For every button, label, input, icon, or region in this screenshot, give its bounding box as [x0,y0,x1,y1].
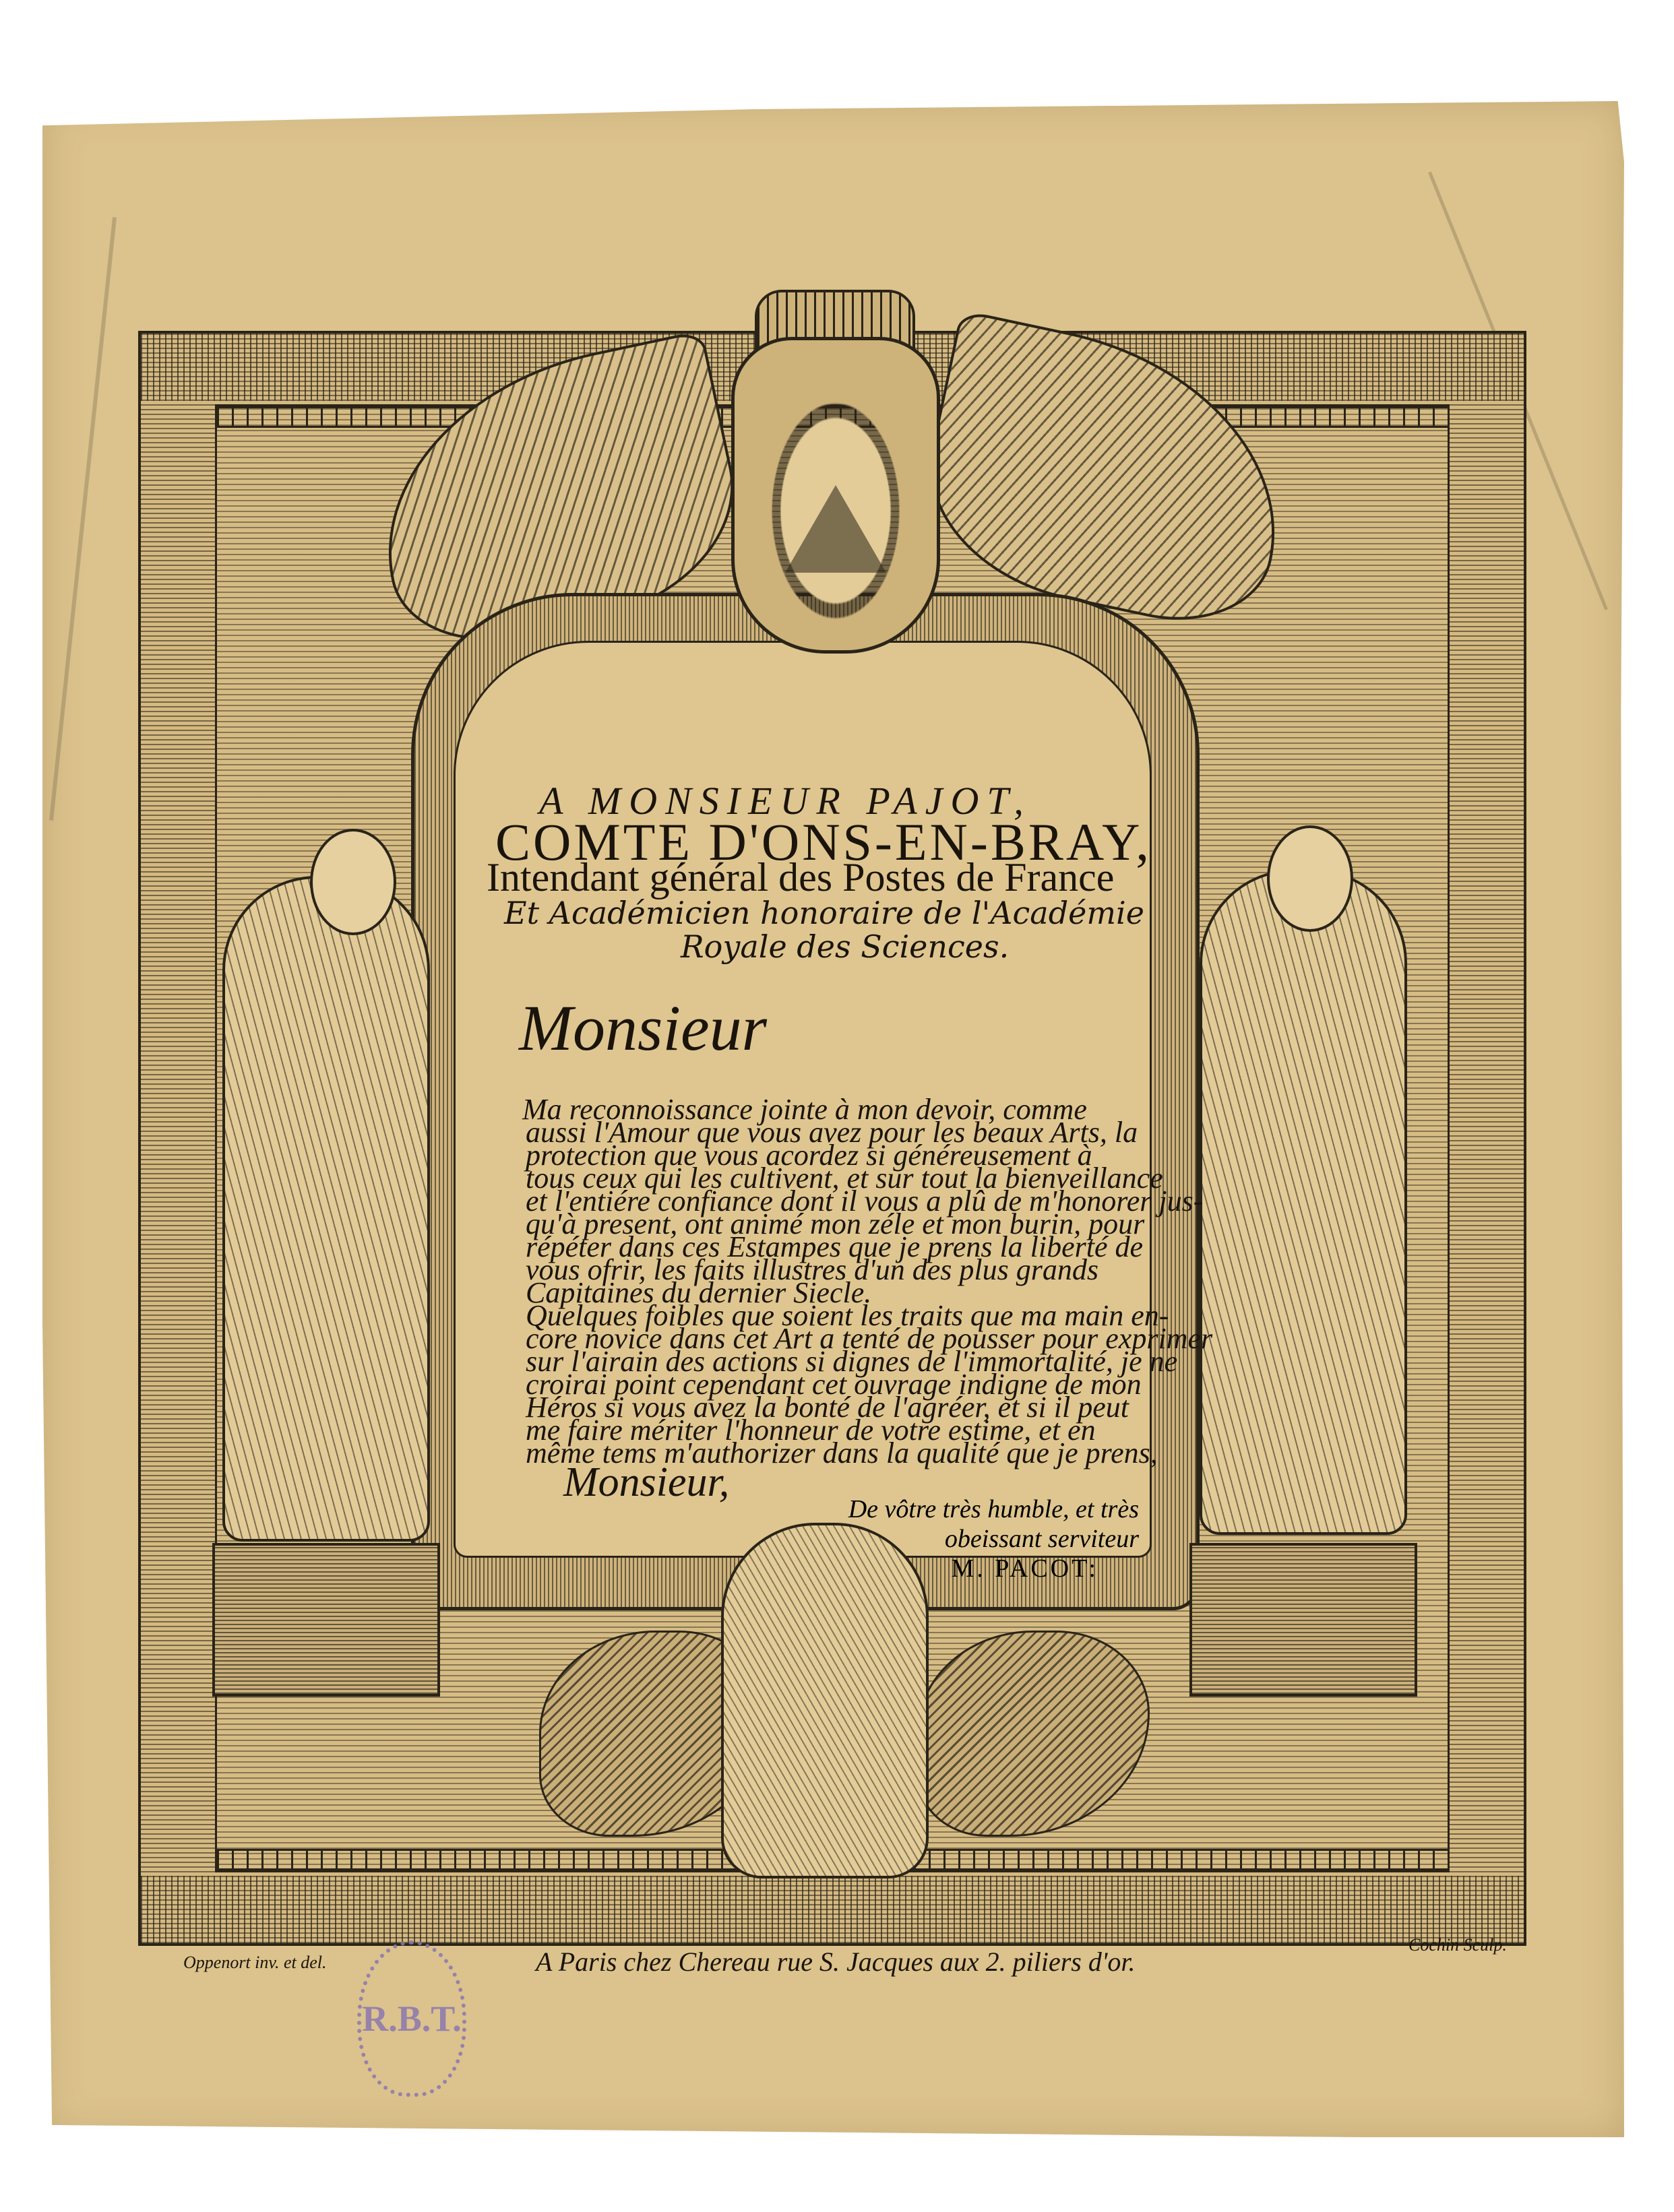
collector-stamp: R.B.T. [357,1940,466,2097]
pedestal-right [1189,1543,1417,1697]
frame-bottom-band [141,1876,1524,1943]
caption-engraver: Cochin Sculp. [1408,1935,1507,1955]
collector-stamp-text: R.B.T. [362,2002,462,2035]
figure-head-right [1267,825,1353,932]
signature-block: De vôtre très humble, et très obeissant … [842,1494,1139,1583]
dedication-title-line-5: Royale des Sciences. [681,928,1009,965]
figure-head-left [310,829,396,935]
female-figure-pointing [1200,869,1407,1535]
signature-line-2: obeissant serviteur [842,1524,1139,1554]
female-figure-with-book [222,876,430,1542]
signature-name: M. PACOT: [842,1554,1139,1583]
signature-line-1: De vôtre très humble, et très [842,1494,1139,1524]
dedication-title-line-4: Et Académicien honoraire de l'Académie [504,895,1144,931]
letter-closing: Monsieur, [563,1459,729,1507]
page: A MONSIEUR PAJOT, COMTE D'ONS-EN-BRAY, I… [0,0,1674,2212]
dedication-title-line-3: Intendant général des Postes de France [487,854,1114,901]
letter-salutation: Monsieur [519,990,767,1065]
caption-publisher: A Paris chez Chereau rue S. Jacques aux … [536,1946,1136,1978]
pedestal-left [212,1543,440,1697]
heraldic-chevron-icon [785,485,886,573]
caption-designer: Oppenort inv. et del. [183,1953,327,1973]
